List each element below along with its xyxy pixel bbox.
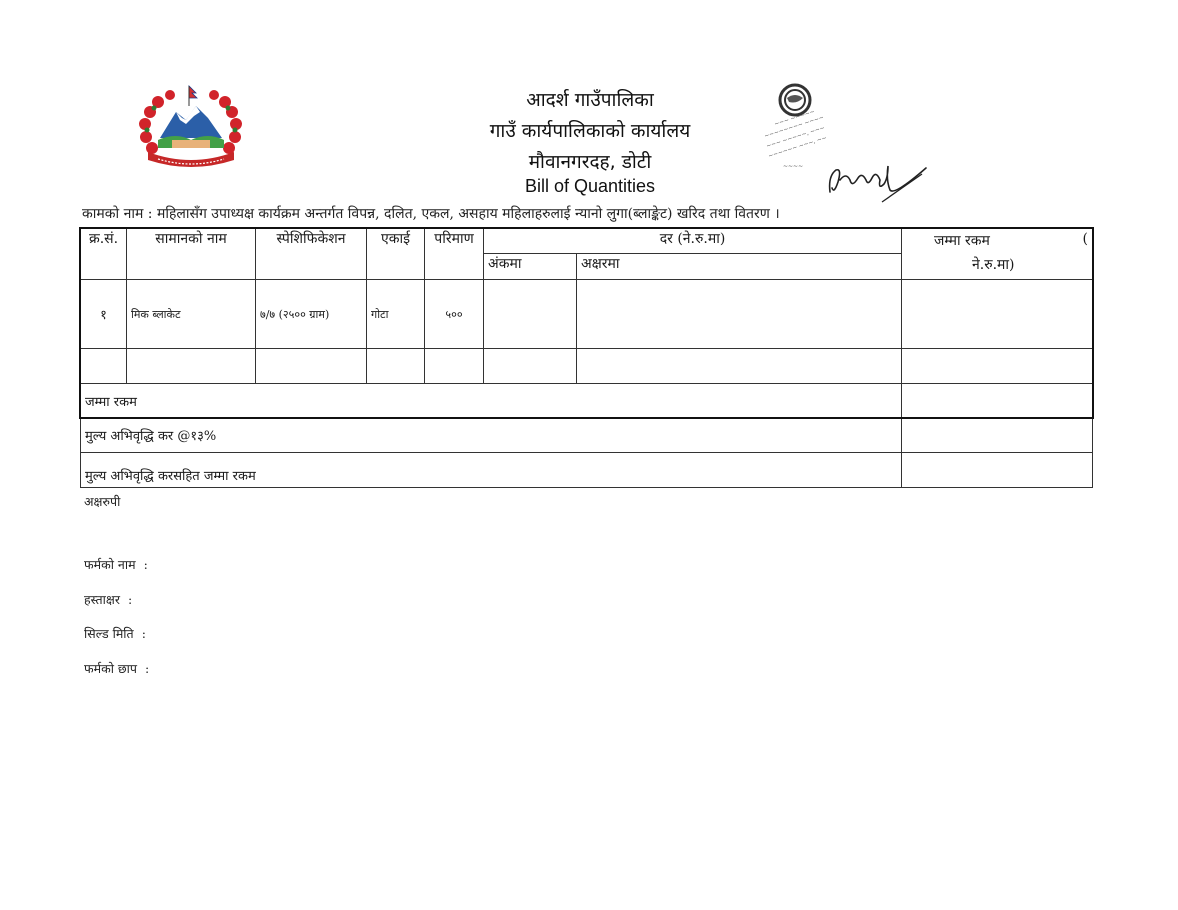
cell-item-name: मिक ब्लाकेट [127, 280, 256, 349]
cell-specification: ७/७ (२५०० ग्राम) [256, 280, 367, 349]
summary-row-grand-total: मुल्य अभिवृद्धि करसहित जम्मा रकम [81, 453, 1093, 488]
header-total-amount-line1: जम्मा रकम [934, 231, 990, 250]
cell-unit: गोटा [367, 280, 425, 349]
summary-value-vat[interactable] [902, 418, 1093, 453]
sealed-date-label: सिल्ड मिति [84, 626, 134, 641]
work-name: कामको नाम : महिलासँग उपाध्यक्ष कार्यक्रम… [82, 204, 780, 223]
cell-unit [367, 349, 425, 384]
cell-serial: १ [81, 280, 127, 349]
header-rate-in-words: अक्षरमा [577, 254, 902, 280]
bill-of-quantities-table: क्र.सं. सामानको नाम स्पेशिफिकेशन एकाई पर… [80, 228, 1093, 488]
signature-label: हस्ताक्षर [84, 592, 120, 607]
summary-value-total[interactable] [902, 384, 1093, 418]
table-row [81, 349, 1093, 384]
cell-rate-in-words[interactable] [577, 349, 902, 384]
cell-specification [256, 349, 367, 384]
summary-row-vat: मुल्य अभिवृद्धि कर @१३% [81, 418, 1093, 453]
header-unit: एकाई [367, 229, 425, 280]
header-specification: स्पेशिफिकेशन [256, 229, 367, 280]
firm-name-label: फर्मको नाम [84, 557, 136, 572]
summary-value-grand-total[interactable] [902, 453, 1093, 488]
summary-label-vat: मुल्य अभिवृद्धि कर @१३% [81, 418, 902, 453]
document-title: Bill of Quantities [440, 176, 740, 197]
sealed-date-field: सिल्ड मिति: [84, 625, 146, 642]
office-name: गाउँ कार्यपालिकाको कार्यालय [440, 117, 740, 143]
signature-icon [822, 158, 932, 206]
header-quantity: परिमाण [425, 229, 484, 280]
municipality-name: आदर्श गाउँपालिका [440, 86, 740, 112]
cell-total-amount[interactable] [902, 280, 1093, 349]
cell-serial [81, 349, 127, 384]
cell-rate-in-words[interactable] [577, 280, 902, 349]
header-rate: दर (ने.रु.मा) [484, 229, 902, 254]
office-location: मौवानगरदह, डोटी [440, 148, 740, 174]
firm-name-field: फर्मको नाम: [84, 556, 148, 573]
summary-label-grand-total: मुल्य अभिवृद्धि करसहित जम्मा रकम [81, 453, 902, 488]
header-total-amount-line2: ने.रु.मा) [972, 255, 1015, 274]
in-words-label: अक्षरुपी [84, 493, 120, 510]
cell-quantity: ५०० [425, 280, 484, 349]
cell-total-amount[interactable] [902, 349, 1093, 384]
nepal-emblem-icon [136, 82, 246, 174]
cell-quantity [425, 349, 484, 384]
header-rate-in-figures: अंकमा [484, 254, 577, 280]
cell-item-name [127, 349, 256, 384]
summary-label-total: जम्मा रकम [81, 384, 902, 418]
table-row: १ मिक ब्लाकेट ७/७ (२५०० ग्राम) गोटा ५०० [81, 280, 1093, 349]
header-item-name: सामानको नाम [127, 229, 256, 280]
header-total-amount-paren: ( [1083, 231, 1088, 247]
header-total-amount: जम्मा रकम ( ने.रु.मा) [902, 229, 1093, 280]
cell-rate-in-figures[interactable] [484, 280, 577, 349]
svg-text:~~~~: ~~~~ [783, 163, 803, 170]
signature-field: हस्ताक्षर: [84, 591, 132, 608]
firm-stamp-label: फर्मको छाप [84, 661, 137, 676]
cell-rate-in-figures[interactable] [484, 349, 577, 384]
firm-stamp-field: फर्मको छाप: [84, 660, 149, 677]
summary-row-total: जम्मा रकम [81, 384, 1093, 418]
header-serial: क्र.सं. [81, 229, 127, 280]
